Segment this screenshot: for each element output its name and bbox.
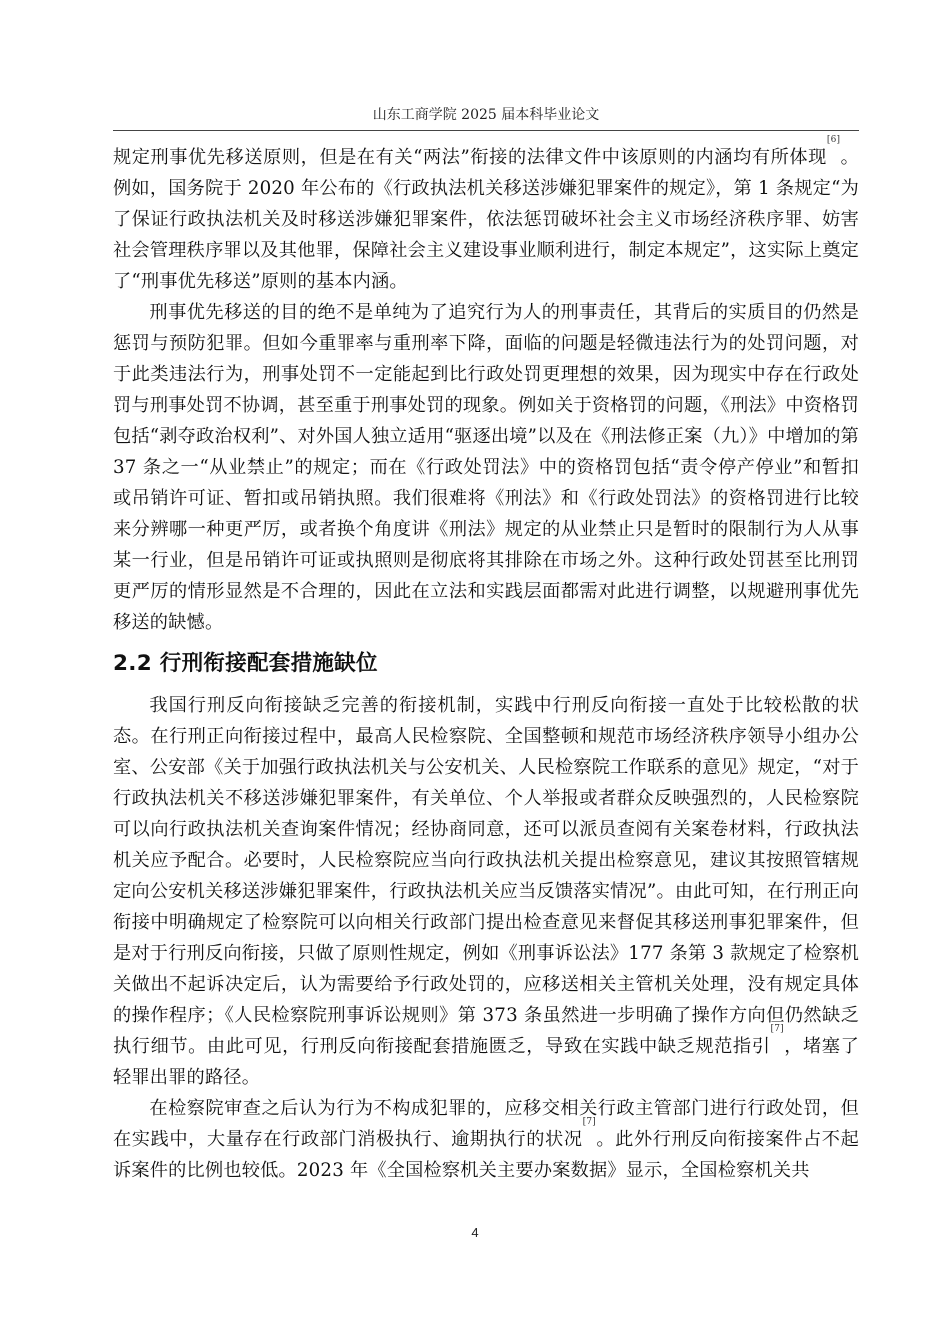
paragraph-text: 规定刑事优先移送原则，但是在有关“两法”衔接的法律文件中该原则的内涵均有所体现 xyxy=(113,147,827,168)
paragraph-3: 我国行刑反向衔接缺乏完善的衔接机制，实践中行刑反向衔接一直处于比较松散的状态。在… xyxy=(113,690,859,1093)
paragraph-1: 规定刑事优先移送原则，但是在有关“两法”衔接的法律文件中该原则的内涵均有所体现[… xyxy=(113,142,859,297)
header-divider xyxy=(113,130,859,131)
paragraph-text: 。例如，国务院于 2020 年公布的《行政执法机关移送涉嫌犯罪案件的规定》，第 … xyxy=(113,147,859,292)
citation-marker: [7] xyxy=(770,1024,783,1034)
paragraph-text: 我国行刑反向衔接缺乏完善的衔接机制，实践中行刑反向衔接一直处于比较松散的状态。在… xyxy=(113,695,859,1057)
citation-marker: [7] xyxy=(583,1117,596,1127)
running-header: 山东工商学院 2025 届本科毕业论文 xyxy=(113,106,859,124)
section-heading-2-2: 2.2 行刑衔接配套措施缺位 xyxy=(113,647,859,681)
paragraph-4: 在检察院审查之后认为行为不构成犯罪的，应移交相关行政主管部门进行行政处罚，但在实… xyxy=(113,1093,859,1186)
citation-marker: [6] xyxy=(827,135,840,145)
page-number: 4 xyxy=(0,1225,950,1240)
body-text: 规定刑事优先移送原则，但是在有关“两法”衔接的法律文件中该原则的内涵均有所体现[… xyxy=(113,142,859,1186)
paragraph-2: 刑事优先移送的目的绝不是单纯为了追究行为人的刑事责任，其背后的实质目的仍然是惩罚… xyxy=(113,297,859,638)
paragraph-text: 刑事优先移送的目的绝不是单纯为了追究行为人的刑事责任，其背后的实质目的仍然是惩罚… xyxy=(113,302,859,633)
document-page: 山东工商学院 2025 届本科毕业论文 规定刑事优先移送原则，但是在有关“两法”… xyxy=(0,0,950,1344)
